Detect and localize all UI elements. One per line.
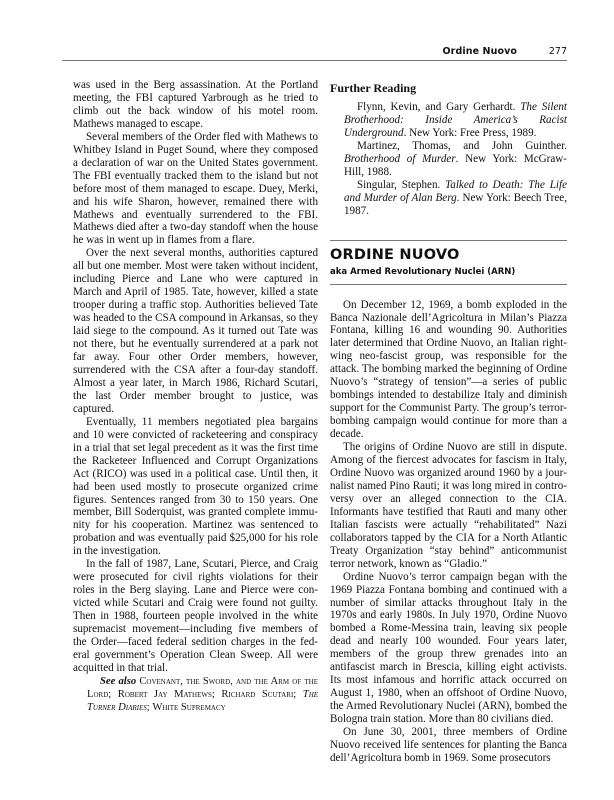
reference-publisher: . New York: Free Press, 1989. [404,127,537,139]
see-also: See also Covenant, the Sword, and the Ar… [73,675,318,714]
reference-title: Brotherhood of Murder [344,153,456,165]
reference-authors: Martinez, Thomas, and John Guinther. [357,140,567,152]
further-reading-entry: Singular, Stephen. Talked to Death: The … [330,179,567,218]
reference-authors: Flynn, Kevin, and Gary Gerhardt. [357,101,520,113]
entry-body: On December 12, 1969, a bomb exploded in… [330,299,567,765]
see-also-label: See also [100,676,136,687]
cross-reference-link: Robert Jay Mathews [118,689,212,700]
further-reading-entry: Martinez, Thomas, and John Guinther. Bro… [330,140,567,179]
further-reading-list: Flynn, Kevin, and Gary Gerhardt. The Sil… [330,101,567,218]
further-reading-entry: Flynn, Kevin, and Gary Gerhardt. The Sil… [330,101,567,140]
body-paragraph: Over the next several months, authoritie… [73,247,318,415]
running-head: Ordine Nuovo 277 [62,44,567,61]
further-reading-heading: Further Reading [330,81,567,95]
entry-header: ORDINE NUOVO aka Armed Revolutionary Nuc… [330,240,567,285]
body-paragraph: In the fall of 1987, Lane, Scutari, Pier… [73,558,318,675]
body-paragraph: The origins of Ordine Nuovo are still in… [330,441,567,571]
cross-reference-link: Richard Scutari [221,689,293,700]
body-paragraph: Several members of the Order fled with M… [73,131,318,248]
body-paragraph: was used in the Berg assassination. At t… [73,79,318,131]
entry-aka: aka Armed Revolutionary Nuclei (ARN) [330,265,567,285]
body-paragraph: On December 12, 1969, a bomb exploded in… [330,299,567,441]
entry-title: ORDINE NUOVO [330,245,567,265]
body-paragraph: Eventually, 11 members negotiated plea b… [73,416,318,558]
body-paragraph: On June 30, 2001, three members of Ordin… [330,726,567,765]
cross-reference-link: White Supremacy [152,702,225,713]
right-column: Further Reading Flynn, Kevin, and Gary G… [330,79,567,765]
body-paragraph: Ordine Nuovo’s terror campaign began wit… [330,571,567,726]
reference-authors: Singular, Stephen. [357,179,445,191]
left-column: was used in the Berg assassination. At t… [73,79,318,714]
book-page: Ordine Nuovo 277 was used in the Berg as… [0,0,614,800]
running-head-title: Ordine Nuovo [443,46,518,57]
page-number: 277 [549,46,567,57]
